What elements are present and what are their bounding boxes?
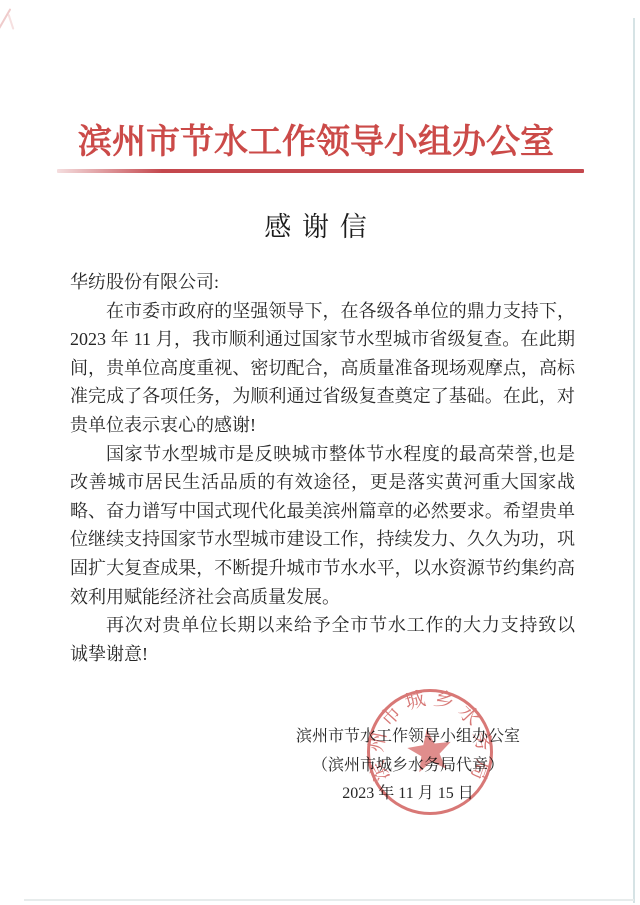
body-line: 诚挚谢意!: [70, 640, 575, 669]
body-line: 2023 年 11 月，我市顺利通过国家节水型城市省级复查。在此期: [70, 325, 575, 354]
letter-title: 感 谢 信: [0, 205, 632, 244]
letterhead-rule: [57, 169, 584, 173]
signature-block: 滨州市节水工作领导小组办公室 （滨州市城乡水务局代章） 2023 年 11 月 …: [296, 723, 520, 809]
signature-date: 2023 年 11 月 15 日: [296, 780, 520, 809]
signature-note: （滨州市城乡水务局代章）: [296, 752, 520, 781]
page-edge-right: [633, 18, 635, 903]
body-line: 在市委市政府的坚强领导下，在各级各单位的鼎力支持下，: [70, 297, 575, 326]
body-line: 再次对贵单位长期以来给予全市节水工作的大力支持致以: [70, 611, 575, 640]
body-line: 略、奋力谱写中国式现代化最美滨州篇章的必然要求。希望贵单: [70, 497, 575, 526]
body-line: 间，贵单位高度重视、密切配合，高质量准备现场观摩点，高标: [70, 354, 575, 383]
letter-body: 华纺股份有限公司: 在市委市政府的坚强领导下，在各级各单位的鼎力支持下， 202…: [70, 268, 575, 668]
body-line: 位继续支持国家节水型城市建设工作，持续发力、久久为功，巩: [70, 525, 575, 554]
body-line: 效利用赋能经济社会高质量发展。: [70, 583, 575, 612]
page-edge-bottom: [24, 899, 634, 901]
body-line: 准完成了各项任务，为顺利通过省级复查奠定了基础。在此，对: [70, 382, 575, 411]
salutation: 华纺股份有限公司:: [70, 268, 575, 297]
body-line: 固扩大复查成果，不断提升城市节水水平，以水资源节约集约高: [70, 554, 575, 583]
letter-page: 滨州市节水工作领导小组办公室 感 谢 信 华纺股份有限公司: 在市委市政府的坚强…: [0, 0, 640, 905]
body-line: 贵单位表示衷心的感谢!: [70, 411, 575, 440]
letterhead-title: 滨州市节水工作领导小组办公室: [0, 114, 632, 163]
body-line: 国家节水型城市是反映城市整体节水程度的最高荣誉,也是: [70, 440, 575, 469]
signature-org: 滨州市节水工作领导小组办公室: [296, 723, 520, 752]
corner-scratch-mark: [8, 14, 14, 30]
body-line: 改善城市居民生活品质的有效途径，更是落实黄河重大国家战: [70, 468, 575, 497]
